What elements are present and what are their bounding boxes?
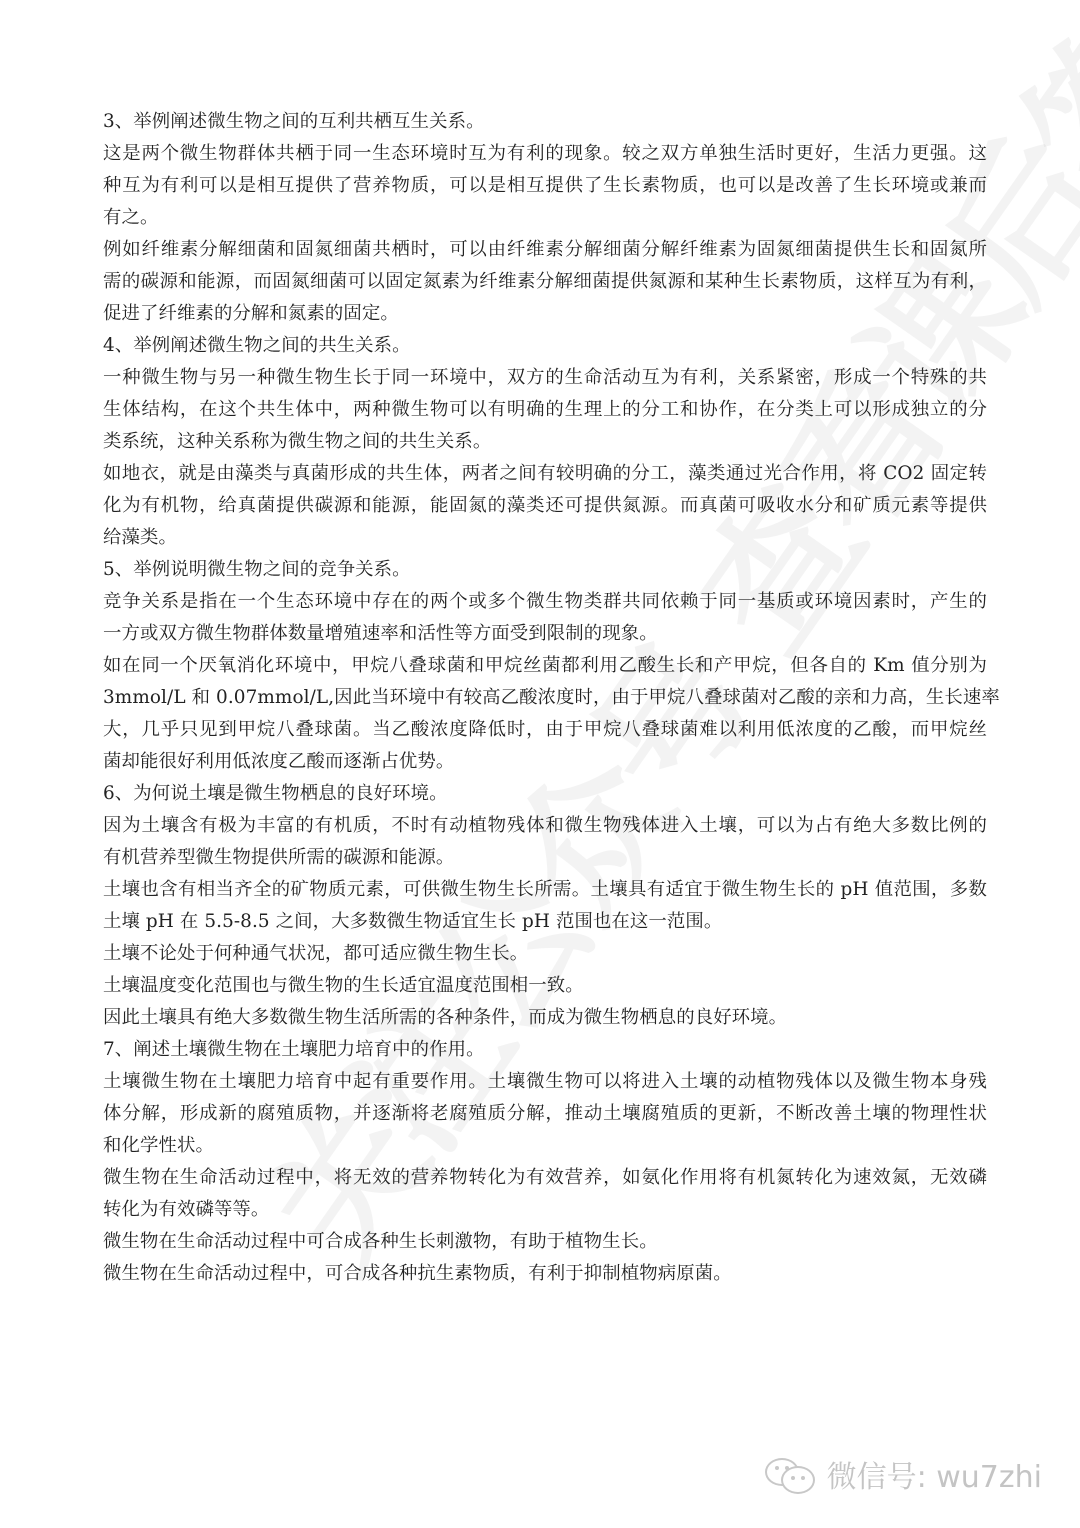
paragraph-line: 一方或双方微生物群体数量增殖速率和活性等方面受到限制的现象。 <box>103 618 987 650</box>
question-heading: 4、举例阐述微生物之间的共生关系。 <box>103 330 987 362</box>
paragraph-line: 如在同一个厌氧消化环境中，甲烷八叠球菌和甲烷丝菌都利用乙酸生长和产甲烷，但各自的… <box>103 650 987 682</box>
paragraph-line: 例如纤维素分解细菌和固氮细菌共栖时，可以由纤维素分解细菌分解纤维素为固氮细菌提供… <box>103 234 987 266</box>
document-body: 3、举例阐述微生物之间的互利共栖互生关系。这是两个微生物群体共栖于同一生态环境时… <box>103 106 987 1290</box>
paragraph-line: 如地衣，就是由藻类与真菌形成的共生体，两者之间有较明确的分工，藻类通过光合作用，… <box>103 458 987 490</box>
paragraph-line: 因此土壤具有绝大多数微生物生活所需的各种条件，而成为微生物栖息的良好环境。 <box>103 1002 987 1034</box>
wechat-footer: 微信号: wu7zhi <box>763 1452 1042 1496</box>
paragraph-line: 微生物在生命活动过程中，可合成各种抗生素物质，有利于抑制植物病原菌。 <box>103 1258 987 1290</box>
paragraph-line: 因为土壤含有极为丰富的有机质，不时有动植物残体和微生物残体进入土壤，可以为占有绝… <box>103 810 987 842</box>
paragraph-line: 和化学性状。 <box>103 1130 987 1162</box>
question-heading: 3、举例阐述微生物之间的互利共栖互生关系。 <box>103 106 987 138</box>
question-heading: 6、为何说土壤是微生物栖息的良好环境。 <box>103 778 987 810</box>
question-heading: 7、阐述土壤微生物在土壤肥力培育中的作用。 <box>103 1034 987 1066</box>
paragraph-line: 有机营养型微生物提供所需的碳源和能源。 <box>103 842 987 874</box>
paragraph-line: 需的碳源和能源，而固氮细菌可以固定氮素为纤维素分解细菌提供氮源和某种生长素物质，… <box>103 266 987 298</box>
paragraph-line: 土壤温度变化范围也与微生物的生长适宜温度范围相一致。 <box>103 970 987 1002</box>
paragraph-line: 土壤也含有相当齐全的矿物质元素，可供微生物生长所需。土壤具有适宜于微生物生长的 … <box>103 874 987 906</box>
paragraph-line: 促进了纤维素的分解和氮素的固定。 <box>103 298 987 330</box>
question-heading: 5、举例说明微生物之间的竞争关系。 <box>103 554 987 586</box>
paragraph-line: 微生物在生命活动过程中，将无效的营养物转化为有效营养，如氨化作用将有机氮转化为速… <box>103 1162 987 1194</box>
paragraph-line: 转化为有效磷等等。 <box>103 1194 987 1226</box>
paragraph-line: 竞争关系是指在一个生态环境中存在的两个或多个微生物类群共同依赖于同一基质或环境因… <box>103 586 987 618</box>
paragraph-line: 菌却能很好利用低浓度乙酸而逐渐占优势。 <box>103 746 987 778</box>
paragraph-line: 土壤 pH 在 5.5-8.5 之间，大多数微生物适宜生长 pH 范围也在这一范… <box>103 906 987 938</box>
paragraph-line: 这是两个微生物群体共栖于同一生态环境时互为有利的现象。较之双方单独生活时更好，生… <box>103 138 987 170</box>
wechat-icon <box>763 1456 819 1492</box>
paragraph-line: 3mmol/L 和 0.07mmol/L,因此当环境中有较高乙酸浓度时，由于甲烷… <box>103 682 987 714</box>
paragraph-line: 类系统，这种关系称为微生物之间的共生关系。 <box>103 426 987 458</box>
paragraph-line: 生体结构，在这个共生体中，两种微生物可以有明确的生理上的分工和协作，在分类上可以… <box>103 394 987 426</box>
paragraph-line: 化为有机物，给真菌提供碳源和能源，能固氮的藻类还可提供氮源。而真菌可吸收水分和矿… <box>103 490 987 522</box>
paragraph-line: 一种微生物与另一种微生物生长于同一环境中，双方的生命活动互为有利，关系紧密，形成… <box>103 362 987 394</box>
paragraph-line: 微生物在生命活动过程中可合成各种生长刺激物，有助于植物生长。 <box>103 1226 987 1258</box>
wechat-id-label: 微信号: wu7zhi <box>827 1452 1042 1496</box>
paragraph-line: 种互为有利可以是相互提供了营养物质，可以是相互提供了生长素物质，也可以是改善了生… <box>103 170 987 202</box>
paragraph-line: 土壤微生物在土壤肥力培育中起有重要作用。土壤微生物可以将进入土壤的动植物残体以及… <box>103 1066 987 1098</box>
paragraph-line: 有之。 <box>103 202 987 234</box>
paragraph-line: 体分解，形成新的腐殖质物，并逐渐将老腐殖质分解，推动土壤腐殖质的更新，不断改善土… <box>103 1098 987 1130</box>
paragraph-line: 大，几乎只见到甲烷八叠球菌。当乙酸浓度降低时，由于甲烷八叠球菌难以利用低浓度的乙… <box>103 714 987 746</box>
paragraph-line: 土壤不论处于何种通气状况，都可适应微生物生长。 <box>103 938 987 970</box>
paragraph-line: 给藻类。 <box>103 522 987 554</box>
